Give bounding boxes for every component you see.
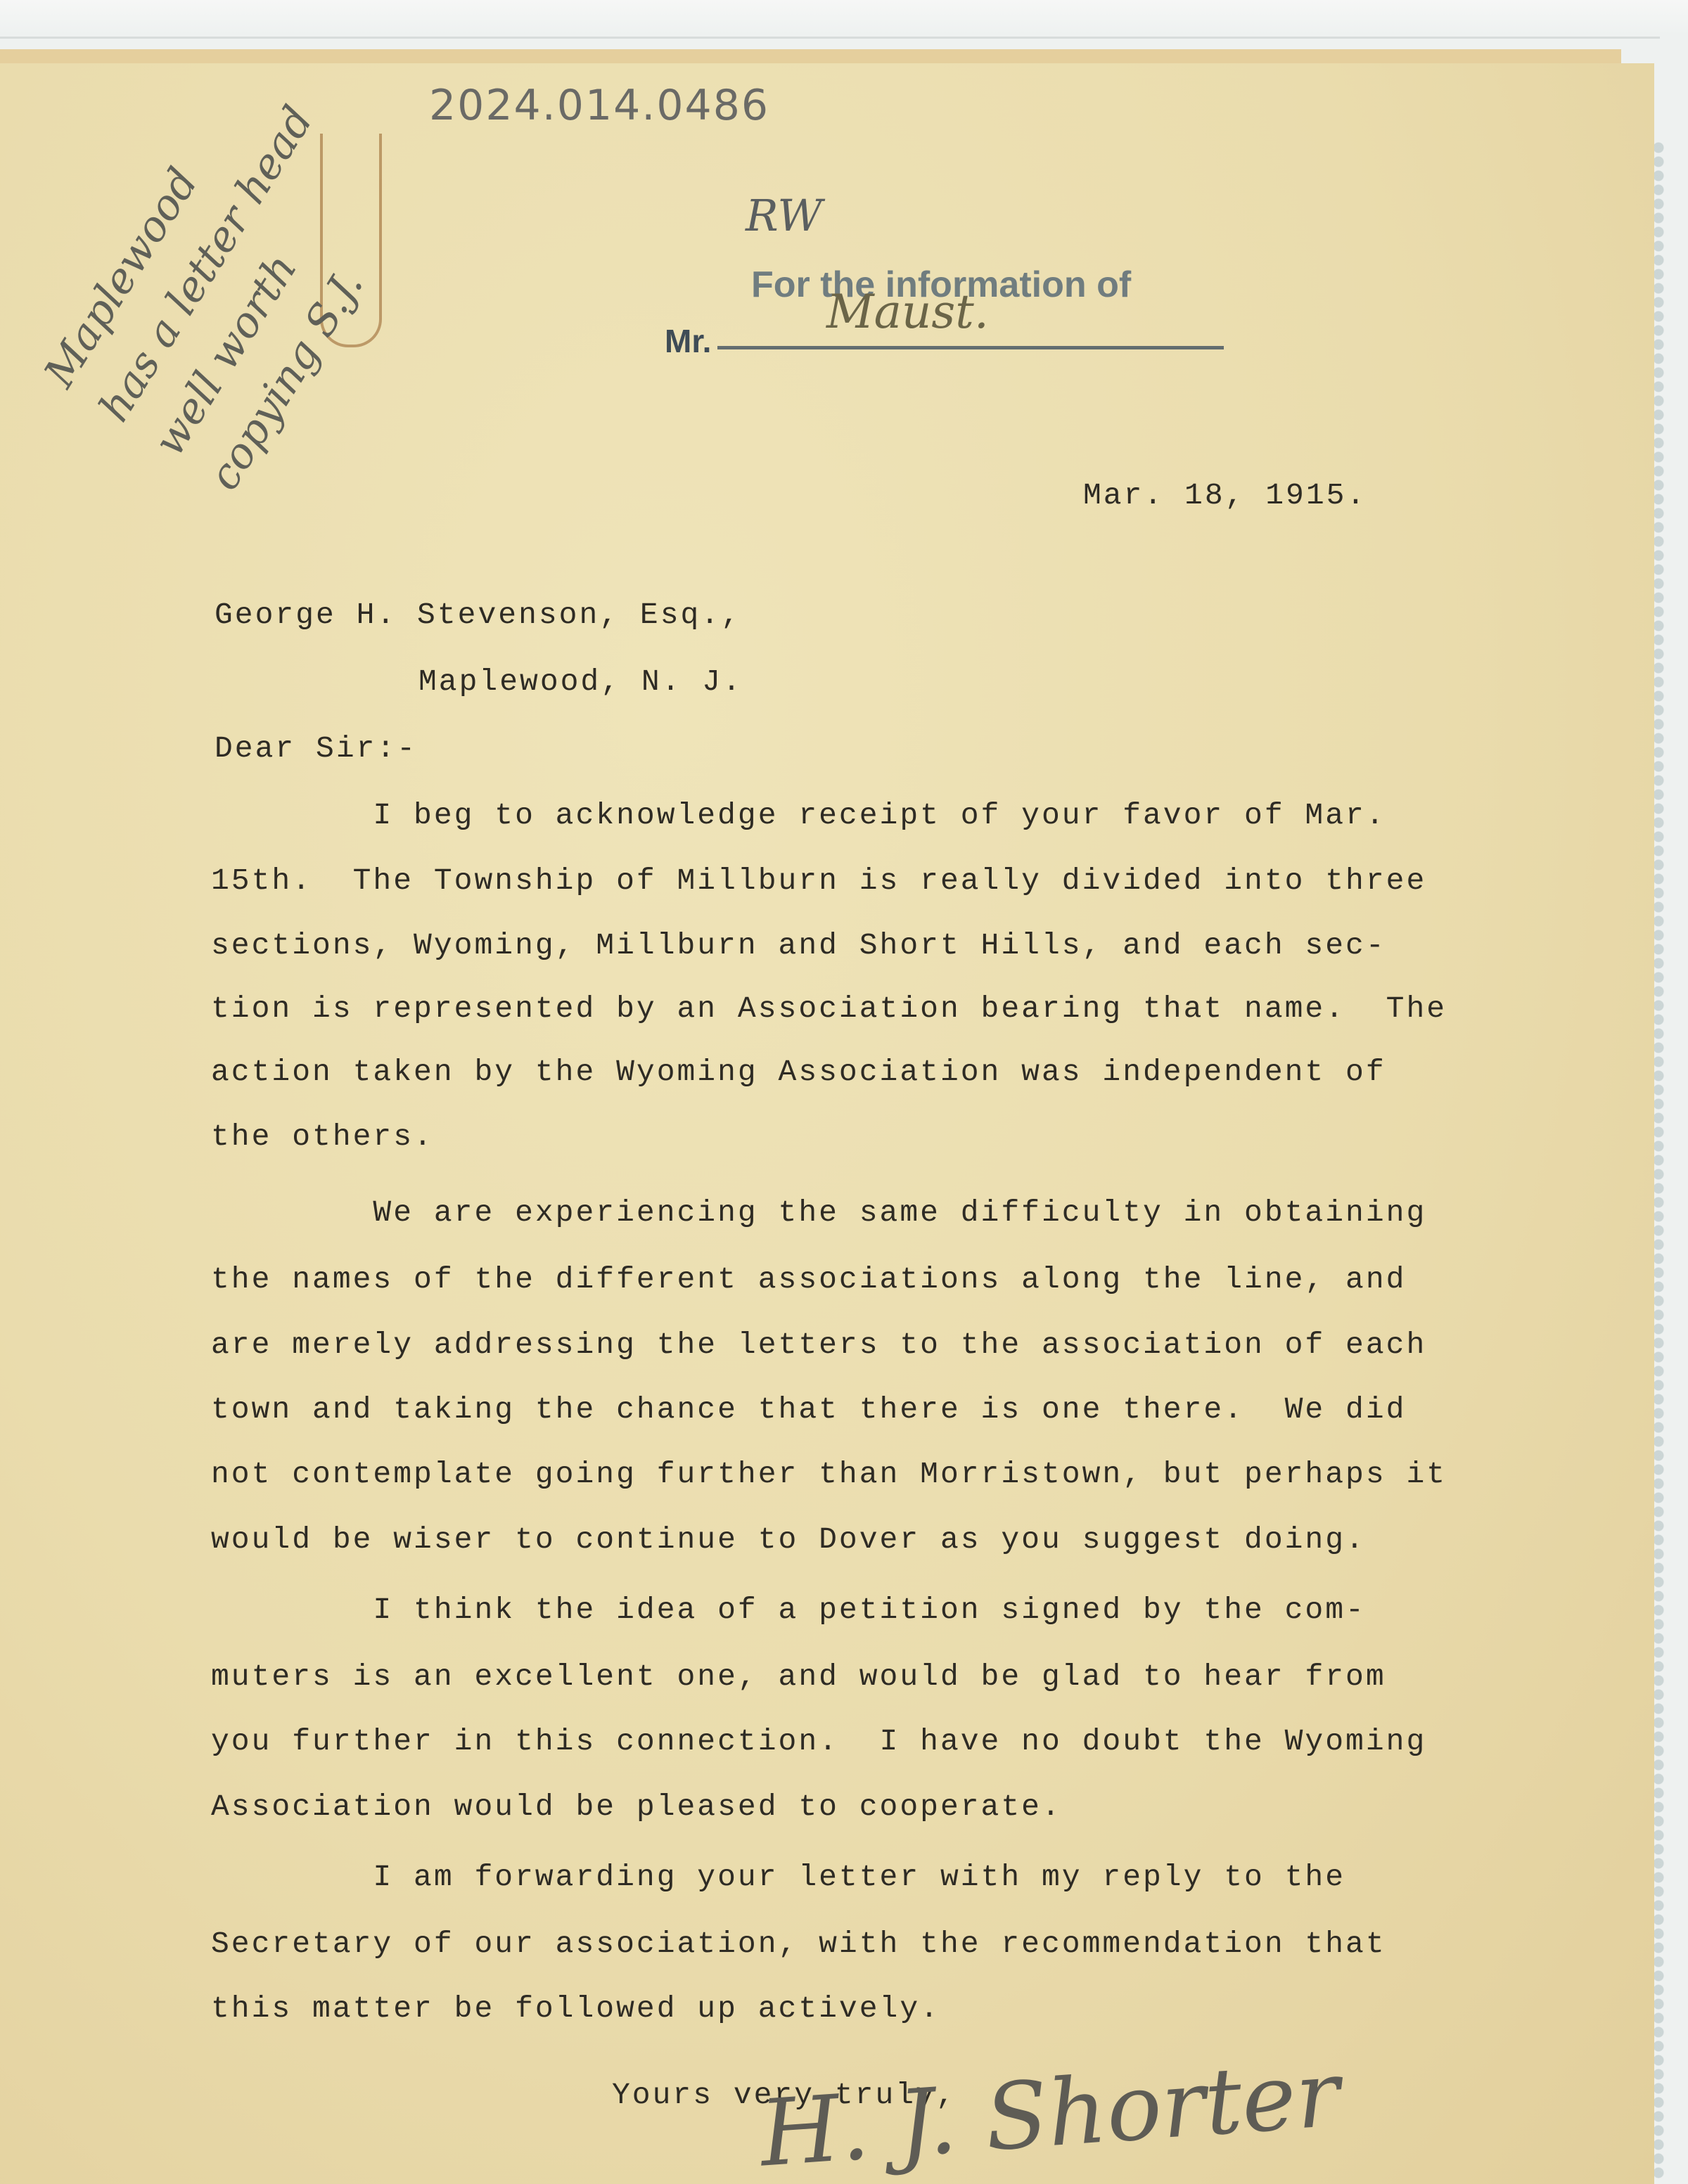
body-line: I beg to acknowledge receipt of your fav… xyxy=(211,798,1386,833)
body-line: the names of the different associations … xyxy=(211,1262,1406,1297)
body-line: Secretary of our association, with the r… xyxy=(211,1927,1386,1961)
body-line: not contemplate going further than Morri… xyxy=(211,1457,1447,1491)
body-line: Association would be pleased to cooperat… xyxy=(211,1790,1062,1824)
recipient-location: Maplewood, N. J. xyxy=(418,664,743,699)
accession-number: 2024.014.0486 xyxy=(429,81,769,130)
routing-stamp-name: Maust. xyxy=(826,285,989,339)
body-line: tion is represented by an Association be… xyxy=(211,991,1447,1026)
sleeve-edge xyxy=(0,37,1660,39)
body-line: 15th. The Township of Millburn is really… xyxy=(211,863,1426,898)
routing-stamp-prefix: Mr. xyxy=(665,322,711,360)
body-line: the others. xyxy=(211,1119,434,1154)
body-line: sections, Wyoming, Millburn and Short Hi… xyxy=(211,928,1386,963)
handwritten-initials: RW xyxy=(746,190,822,241)
salutation: Dear Sir:- xyxy=(215,731,417,766)
body-line: We are experiencing the same difficulty … xyxy=(211,1195,1426,1230)
body-line: I am forwarding your letter with my repl… xyxy=(211,1860,1345,1894)
body-line: muters is an excellent one, and would be… xyxy=(211,1659,1386,1694)
body-line: town and taking the chance that there is… xyxy=(211,1392,1406,1427)
body-line: this matter be followed up actively. xyxy=(211,1991,940,2026)
body-line: would be wiser to continue to Dover as y… xyxy=(211,1522,1366,1557)
body-line: are merely addressing the letters to the… xyxy=(211,1328,1426,1362)
body-line: you further in this connection. I have n… xyxy=(211,1724,1426,1759)
recipient-name: George H. Stevenson, Esq., xyxy=(215,598,741,632)
body-line: I think the idea of a petition signed by… xyxy=(211,1593,1366,1627)
letter-date: Mar. 18, 1915. xyxy=(1083,478,1367,513)
routing-stamp-underline xyxy=(717,346,1224,349)
body-line: action taken by the Wyoming Association … xyxy=(211,1055,1386,1089)
